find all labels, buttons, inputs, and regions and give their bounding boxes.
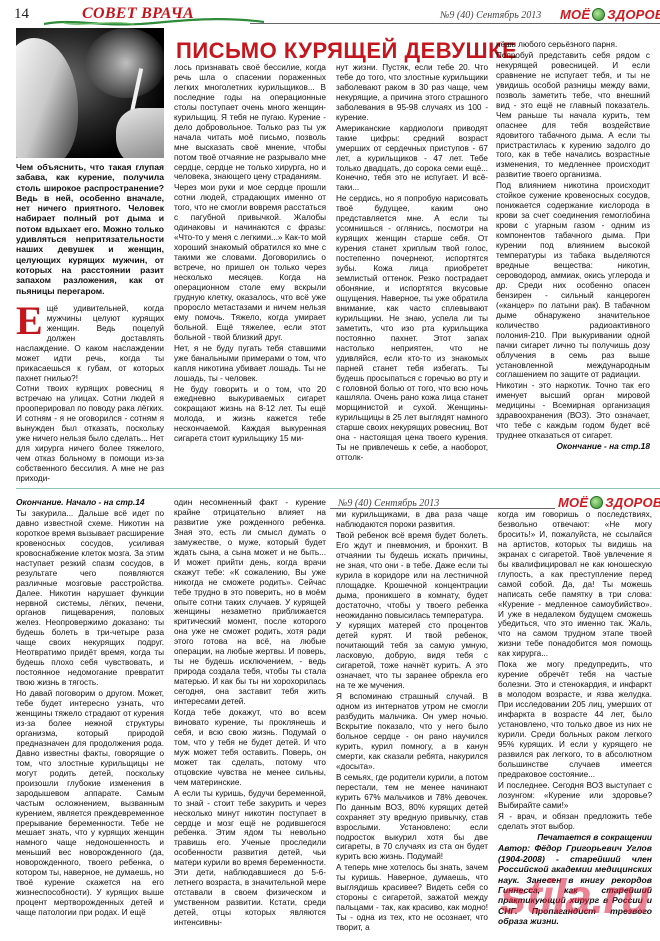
paragraph: Через мои руки и мое сердце прошли сотни… (174, 183, 326, 342)
paragraph: Я - врач, и обязан предложить тебе сдела… (498, 812, 652, 832)
paragraph: У курящих матерей сто процентов детей ку… (336, 621, 488, 691)
column-3: ми курильщиками, в два раза чаще наблюда… (336, 510, 488, 934)
continued-from-link[interactable]: Окончание. Начало - на стр.14 (16, 498, 164, 508)
page-header-right: №9 (40) Сентябрь 2013 МОЁЗДОРОВЬЕ (330, 4, 660, 26)
paragraph: Сотни твоих курящих ровесниц я встречаю … (16, 384, 164, 484)
column-4: нёшь любого серьёзного парня. Попробуй п… (496, 40, 650, 453)
paragraph: Когда тебе докажут, что во всем виновато… (174, 708, 326, 788)
logo-word-2: ЗДОРОВЬЕ (607, 7, 660, 22)
issue-label: №9 (40) Сентябрь 2013 (440, 10, 541, 21)
article-title: ПИСЬМО КУРЯЩЕЙ ДЕВУШКЕ (176, 38, 506, 64)
column-3: нут жизни. Пустяк, если тебе 20. Что теб… (336, 63, 488, 464)
column-4: когда им говоришь о последствиях, безвол… (498, 510, 652, 928)
continued-link[interactable]: Окончание - на стр.18 (496, 442, 650, 452)
paragraph: Никотин - это наркотик. Точно так его им… (496, 381, 650, 441)
drop-cap: Е (16, 306, 43, 336)
paragraph: И последнее. Сегодня ВОЗ выступает с лоз… (498, 781, 652, 811)
paragraph: Ты закурила... Дальше всё идет по давно … (16, 509, 164, 688)
paragraph: Под влиянием никотина происходит стойкое… (496, 181, 650, 380)
paragraph: один несомненный факт - курение крайне о… (174, 498, 326, 707)
globe-icon (590, 496, 603, 509)
paragraph: Твой ребенок всё время будет болеть. Его… (336, 531, 488, 621)
smoke-shape (86, 28, 164, 98)
globe-icon (592, 8, 605, 21)
paragraph: Ещё удивительней, когда мужчины целуют к… (16, 304, 164, 384)
column-2: один несомненный факт - курение крайне о… (174, 498, 326, 929)
magazine-logo: МОЁЗДОРОВЬЕ (558, 495, 660, 510)
column-1: Чем объяснить, что такая глупая забава, … (16, 162, 164, 485)
rubric-title: СОВЕТ ВРАЧА (82, 5, 194, 23)
logo-word-1: МОЁ (558, 495, 588, 510)
face-shape (16, 38, 78, 158)
header-rule (330, 508, 555, 509)
paragraph: Не буду говорить и о том, что 20 ежеднев… (174, 385, 326, 445)
paragraph: А теперь мне хотелось бы знать, зачем ты… (336, 863, 488, 933)
paragraph: ми курильщиками, в два раза чаще наблюда… (336, 510, 488, 530)
column-1: Окончание. Начало - на стр.14 Ты закурил… (16, 498, 164, 919)
paragraph: Американские кардиологи приводят такие ц… (336, 124, 488, 194)
paragraph: А если ты куришь, будучи беременной, то … (174, 789, 326, 928)
paragraph: нут жизни. Пустяк, если тебе 20. Что теб… (336, 63, 488, 123)
logo-word-2: ЗДОРОВЬЕ (605, 495, 660, 510)
magazine-logo: МОЁЗДОРОВЬЕ (560, 7, 660, 22)
column-2: лось признавать своё бессилие, когда реч… (174, 63, 326, 445)
page-14: 14 СОВЕТ ВРАЧА №9 (40) Сентябрь 2013 МОЁ… (0, 0, 660, 492)
page-number: 14 (14, 6, 29, 23)
watermark: stila.ru (500, 870, 649, 925)
paragraph: когда им говоришь о последствиях, безвол… (498, 510, 652, 659)
paragraph: Нет, я не буду пугать тебя ставшими уже … (174, 344, 326, 384)
paragraph: Пока же могу предупредить, что курение о… (498, 660, 652, 779)
logo-word-1: МОЁ (560, 7, 590, 22)
lead-paragraph: Чем объяснить, что такая глупая забава, … (16, 162, 164, 296)
paragraph: Но давай поговорим о другом. Может, тебе… (16, 689, 164, 918)
paragraph: В семьях, где родители курили, а потом п… (336, 773, 488, 863)
abridged-note: Печатается в сокращении (498, 833, 652, 843)
paragraph: Я вспоминаю страшный случай. В одном из … (336, 692, 488, 772)
smoking-woman-photo (16, 28, 164, 158)
paragraph: нёшь любого серьёзного парня. (496, 40, 650, 50)
page-separator (16, 488, 660, 489)
paragraph: Не сердись, но я попробую нарисовать тво… (336, 194, 488, 463)
paragraph: Попробуй представить себя рядом с некуря… (496, 51, 650, 180)
paragraph: лось признавать своё бессилие, когда реч… (174, 63, 326, 182)
hand-shape (116, 108, 164, 158)
